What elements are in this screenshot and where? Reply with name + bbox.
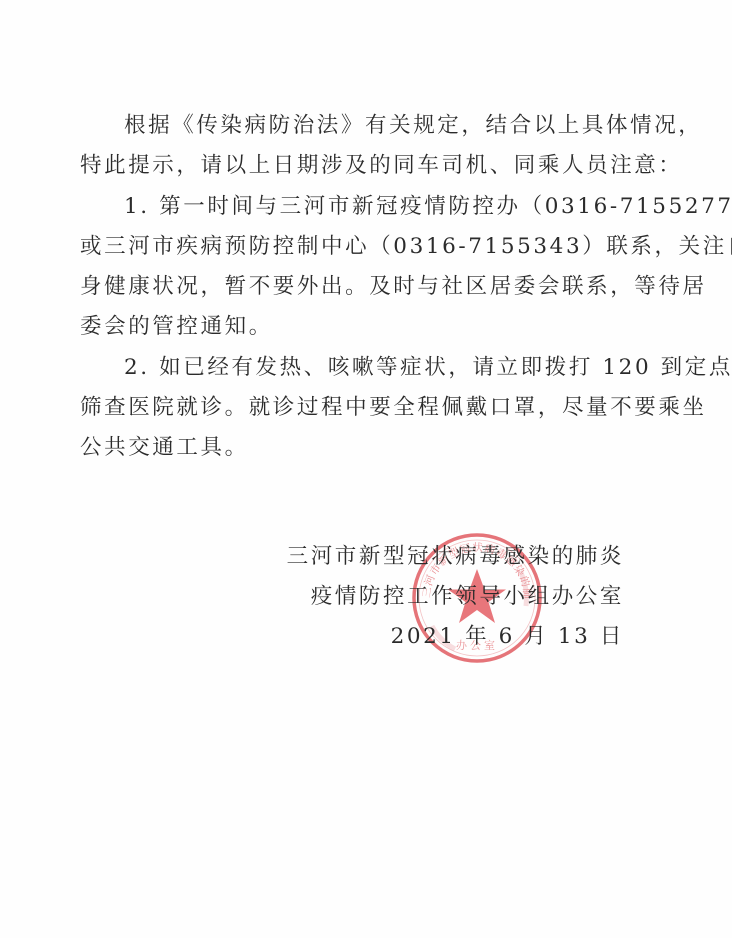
document-page: 根据《传染病防治法》有关规定，结合以上具体情况， 特此提示，请以上日期涉及的同车… xyxy=(0,0,732,938)
body-line-2: 特此提示，请以上日期涉及的同车司机、同乘人员注意： xyxy=(80,146,640,186)
signature-org-line-2: 疫情防控工作领导小组办公室 xyxy=(311,577,624,617)
item-1-line-4: 委会的管控通知。 xyxy=(80,307,640,347)
signature-date: 2021 年 6 月 13 日 xyxy=(391,617,624,657)
item-1-line-2: 或三河市疾病预防控制中心（0316-7155343）联系，关注自 xyxy=(80,227,640,267)
item-1-line-1: 1. 第一时间与三河市新冠疫情防控办（0316-7155277） xyxy=(124,187,684,227)
body-line-1: 根据《传染病防治法》有关规定，结合以上具体情况， xyxy=(124,106,684,146)
item-2-line-2: 筛查医院就诊。就诊过程中要全程佩戴口罩，尽量不要乘坐 xyxy=(80,388,640,428)
item-1-line-3: 身健康状况，暂不要外出。及时与社区居委会联系，等待居 xyxy=(80,267,640,307)
item-2-line-3: 公共交通工具。 xyxy=(80,428,640,468)
item-2-line-1: 2. 如已经有发热、咳嗽等症状，请立即拨打 120 到定点 xyxy=(124,348,684,388)
signature-org-line-1: 三河市新型冠状病毒感染的肺炎 xyxy=(287,537,624,577)
